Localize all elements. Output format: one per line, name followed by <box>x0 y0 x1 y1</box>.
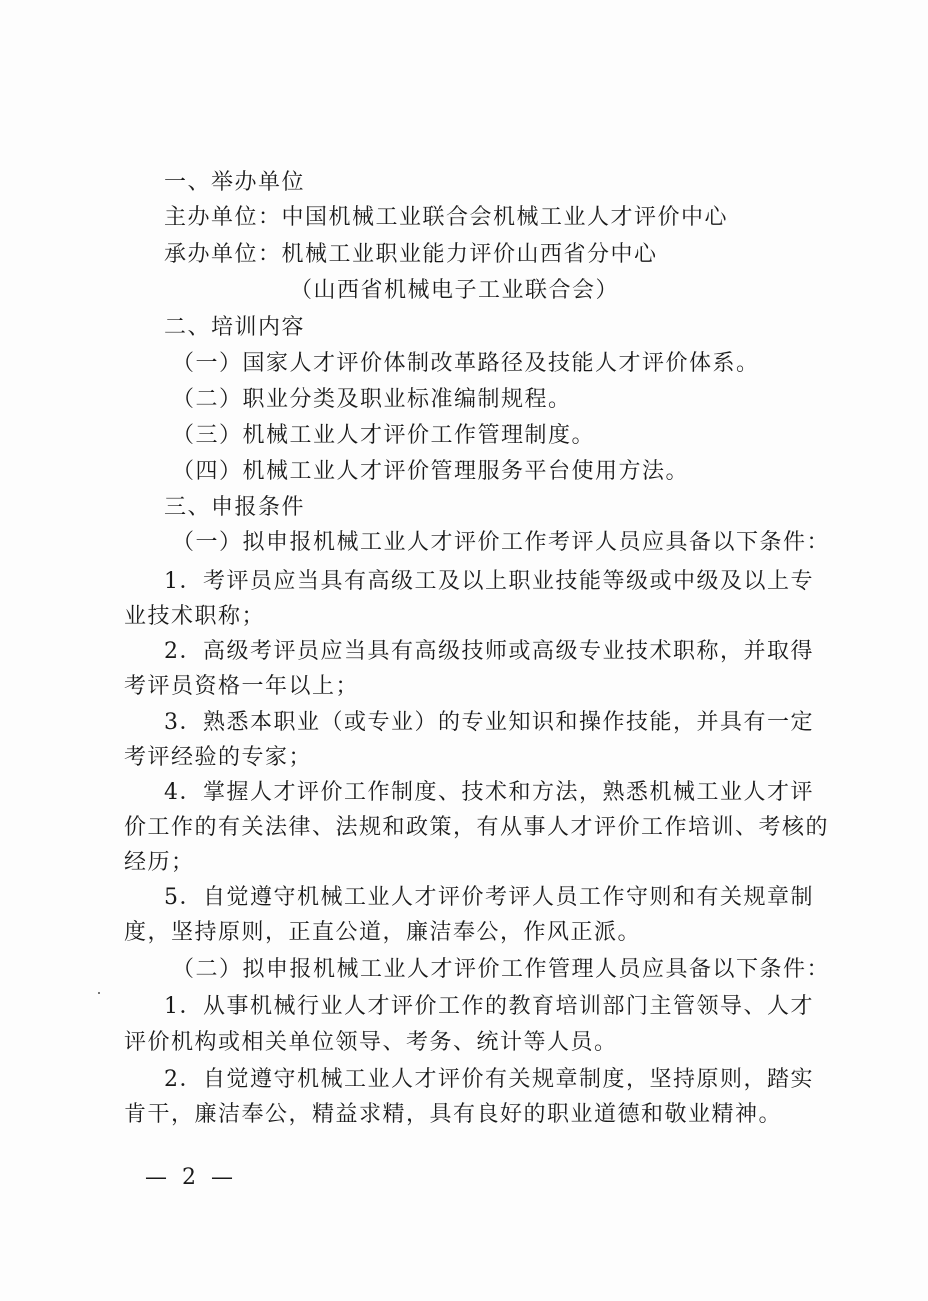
requirement-item-continuation: 经历； <box>124 848 824 878</box>
requirement-item-continuation: 业技术职称； <box>124 602 824 632</box>
page-number: — 2 — <box>145 1165 237 1190</box>
organizer-unit-line: 承办单位：机械工业职业能力评价山西省分中心 <box>164 240 864 270</box>
requirement-item: 1．考评员应当具有高级工及以上职业技能等级或中级及以上专 <box>164 567 864 597</box>
training-item: （二）职业分类及职业标准编制规程。 <box>172 385 872 415</box>
subsection-title-managers: （二）拟申报机械工业人才评价工作管理人员应具备以下条件： <box>172 955 872 985</box>
requirement-item-continuation: 价工作的有关法律、法规和政策，有从事人才评价工作培训、考核的 <box>124 813 824 843</box>
requirement-item: 3．熟悉本职业（或专业）的专业知识和操作技能，并具有一定 <box>164 708 864 738</box>
requirement-item-continuation: 考评经验的专家； <box>124 743 824 773</box>
scan-speck <box>98 992 100 994</box>
training-item: （一）国家人才评价体制改革路径及技能人才评价体系。 <box>172 349 872 379</box>
requirement-item-continuation: 肯干，廉洁奉公，精益求精，具有良好的职业道德和敬业精神。 <box>124 1100 824 1130</box>
requirement-item: 4．掌握人才评价工作制度、技术和方法，熟悉机械工业人才评 <box>164 778 864 808</box>
section-heading-organizers: 一、举办单位 <box>164 168 864 198</box>
section-heading-training: 二、培训内容 <box>164 313 864 343</box>
requirement-item: 1．从事机械行业人才评价工作的教育培训部门主管领导、人才 <box>164 992 864 1022</box>
section-heading-requirements: 三、申报条件 <box>164 493 864 523</box>
requirement-item: 5．自觉遵守机械工业人才评价考评人员工作守则和有关规章制 <box>164 883 864 913</box>
host-unit-line: 主办单位：中国机械工业联合会机械工业人才评价中心 <box>164 203 864 233</box>
training-item: （三）机械工业人才评价工作管理制度。 <box>172 421 872 451</box>
requirement-item-continuation: 度，坚持原则，正直公道，廉洁奉公，作风正派。 <box>124 918 824 948</box>
requirement-item-continuation: 评价机构或相关单位领导、考务、统计等人员。 <box>124 1028 824 1058</box>
training-item: （四）机械工业人才评价管理服务平台使用方法。 <box>172 457 872 487</box>
requirement-item: 2．自觉遵守机械工业人才评价有关规章制度，坚持原则，踏实 <box>164 1065 864 1095</box>
document-page: 一、举办单位 主办单位：中国机械工业联合会机械工业人才评价中心 承办单位：机械工… <box>0 0 928 1301</box>
organizer-unit-note: （山西省机械电子工业联合会） <box>290 276 928 306</box>
requirement-item: 2．高级考评员应当具有高级技师或高级专业技术职称，并取得 <box>164 637 864 667</box>
requirement-item-continuation: 考评员资格一年以上； <box>124 672 824 702</box>
subsection-title-examiners: （一）拟申报机械工业人才评价工作考评人员应具备以下条件： <box>172 528 872 558</box>
